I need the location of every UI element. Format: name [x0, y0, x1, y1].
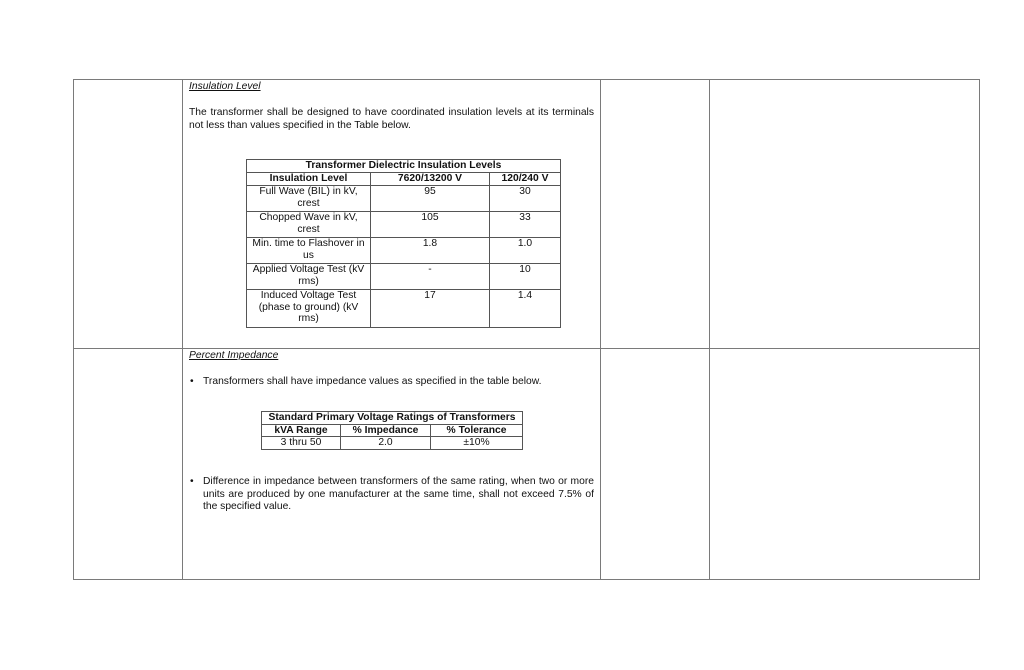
column-header: 120/240 V: [490, 173, 561, 186]
table-cell: 1.0: [490, 237, 561, 263]
impedance-bullets-2: • Difference in impedance between transf…: [189, 476, 594, 513]
section-heading-insulation-level: Insulation Level: [189, 81, 594, 93]
dielectric-insulation-table: Transformer Dielectric Insulation Levels…: [246, 159, 561, 328]
table-cell: 10: [490, 263, 561, 289]
column-header: kVA Range: [262, 424, 341, 437]
list-item: • Difference in impedance between transf…: [189, 476, 594, 513]
table-row: Chopped Wave in kV, crest 105 33: [247, 211, 561, 237]
table-cell: Induced Voltage Test (phase to ground) (…: [247, 289, 371, 327]
column-header: % Tolerance: [431, 424, 523, 437]
table-cell: 30: [490, 185, 561, 211]
spec-table: Insulation Level The transformer shall b…: [73, 79, 980, 580]
bullet-icon: •: [190, 376, 194, 388]
impedance-bullets: • Transformers shall have impedance valu…: [189, 376, 594, 388]
table-row: 3 thru 50 2.0 ±10%: [262, 437, 523, 450]
table-cell: 2.0: [341, 437, 431, 450]
spec-cell-remarks: [710, 349, 980, 580]
table-cell: 1.4: [490, 289, 561, 327]
column-header: % Impedance: [341, 424, 431, 437]
table-cell: Applied Voltage Test (kV rms): [247, 263, 371, 289]
column-header: 7620/13200 V: [371, 173, 490, 186]
table-cell: Chopped Wave in kV, crest: [247, 211, 371, 237]
table-cell: 17: [371, 289, 490, 327]
spec-cell-item: [74, 349, 183, 580]
table-row: Min. time to Flashover in us 1.8 1.0: [247, 237, 561, 263]
table-cell: 33: [490, 211, 561, 237]
list-item: • Transformers shall have impedance valu…: [189, 376, 594, 388]
bullet-text: Transformers shall have impedance values…: [203, 376, 541, 387]
impedance-table: Standard Primary Voltage Ratings of Tran…: [261, 411, 523, 450]
spec-cell-compliance: [601, 349, 710, 580]
impedance-table-title: Standard Primary Voltage Ratings of Tran…: [262, 411, 523, 424]
table-row: Induced Voltage Test (phase to ground) (…: [247, 289, 561, 327]
table-cell: Full Wave (BIL) in kV, crest: [247, 185, 371, 211]
table-cell: Min. time to Flashover in us: [247, 237, 371, 263]
spec-cell-item: [74, 80, 183, 349]
spec-cell-requirement: Percent Impedance • Transformers shall h…: [183, 349, 601, 580]
column-header: Insulation Level: [247, 173, 371, 186]
table-row: Applied Voltage Test (kV rms) - 10: [247, 263, 561, 289]
spec-row-insulation: Insulation Level The transformer shall b…: [74, 80, 980, 349]
bullet-icon: •: [190, 476, 194, 488]
table-cell: 95: [371, 185, 490, 211]
bullet-text: Difference in impedance between transfor…: [203, 476, 594, 512]
table-cell: 105: [371, 211, 490, 237]
spec-cell-requirement: Insulation Level The transformer shall b…: [183, 80, 601, 349]
spec-row-impedance: Percent Impedance • Transformers shall h…: [74, 349, 980, 580]
dielectric-table-title: Transformer Dielectric Insulation Levels: [247, 160, 561, 173]
table-row: Full Wave (BIL) in kV, crest 95 30: [247, 185, 561, 211]
section-heading-percent-impedance: Percent Impedance: [189, 350, 594, 362]
table-cell: 3 thru 50: [262, 437, 341, 450]
table-cell: ±10%: [431, 437, 523, 450]
spec-cell-remarks: [710, 80, 980, 349]
table-cell: -: [371, 263, 490, 289]
insulation-paragraph: The transformer shall be designed to hav…: [189, 107, 594, 132]
spec-cell-compliance: [601, 80, 710, 349]
table-cell: 1.8: [371, 237, 490, 263]
